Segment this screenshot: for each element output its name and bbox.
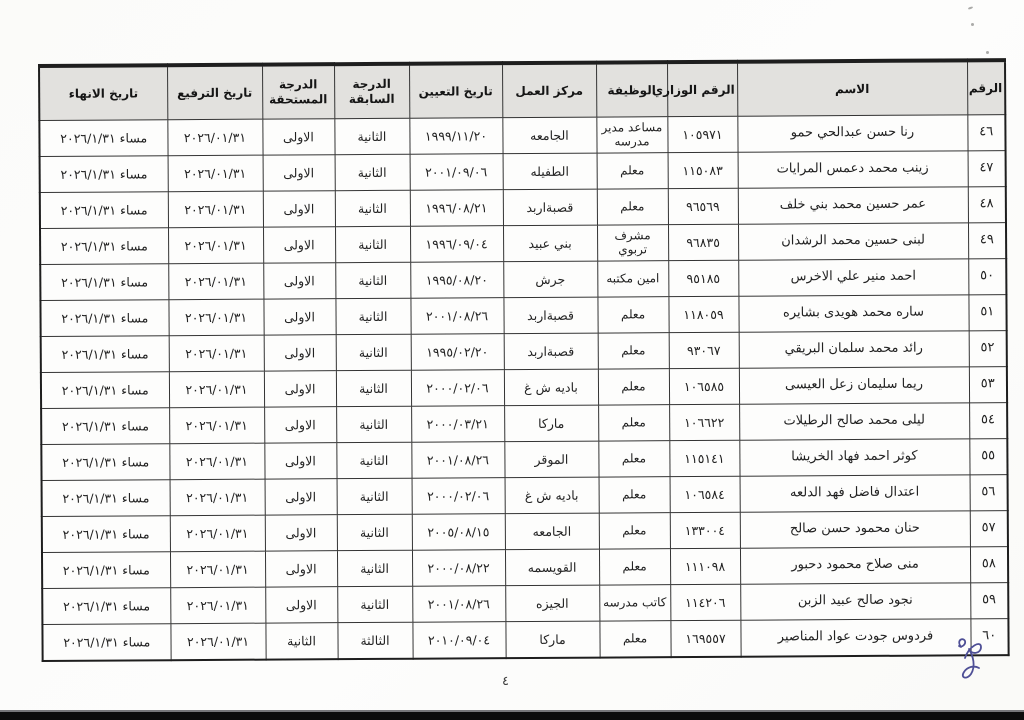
cell-promotion_date: ٢٠٢٦/٠١/٣١ <box>169 335 264 372</box>
cell-ministry_no: ١١٥١٤١ <box>669 440 739 476</box>
column-header-due_grade: الدرجة المستحقة <box>262 64 334 119</box>
cell-hire_date: ٢٠٠٥/٠٨/١٥ <box>412 514 505 551</box>
table-row: ٤٨عمر حسين محمد بني خلف٩٦٥٦٩معلمقصبةاربد… <box>40 187 1006 229</box>
cell-end_date: مساء ٢٠٢٦/١/٣١ <box>40 300 168 337</box>
signature-scribble <box>952 636 994 682</box>
cell-name: اعتدال فاضل فهد الدلعه <box>740 475 970 512</box>
cell-promotion_date: ٢٠٢٦/٠١/٣١ <box>168 299 263 336</box>
table-row: ٥٨منى صلاح محمود دحبور١١١٠٩٨معلمالقويسمه… <box>42 547 1008 589</box>
cell-ministry_no: ٩٦٨٣٥ <box>668 224 738 260</box>
cell-ministry_no: ٩٦٥٦٩ <box>668 188 738 224</box>
cell-prev_grade: الثانية <box>335 298 410 334</box>
cell-work_center: ماركا <box>504 405 598 442</box>
cell-promotion_date: ٢٠٢٦/٠١/٣١ <box>169 371 264 408</box>
cell-end_date: مساء ٢٠٢٦/١/٣١ <box>42 516 170 553</box>
cell-no: ٥٨ <box>970 547 1008 583</box>
cell-end_date: مساء ٢٠٢٦/١/٣١ <box>40 264 168 301</box>
cell-end_date: مساء ٢٠٢٦/١/٣١ <box>42 480 170 517</box>
table-row: ٥٣ريما سليمان زعل العيسى١٠٦٥٨٥معلمباديه … <box>41 367 1007 409</box>
cell-hire_date: ١٩٩٦/٠٩/٠٤ <box>410 226 503 263</box>
column-header-prev_grade: الدرجة السابقة <box>334 64 409 119</box>
cell-ministry_no: ١٣٣٠٠٤ <box>670 512 740 548</box>
cell-end_date: مساء ٢٠٢٦/١/٣١ <box>41 372 169 409</box>
table-row: ٥٦اعتدال فاضل فهد الدلعه١٠٦٥٨٤معلمباديه … <box>42 475 1008 517</box>
cell-no: ٥٧ <box>970 511 1008 547</box>
cell-work_center: باديه ش غ <box>505 477 599 514</box>
cell-work_center: باديه ش غ <box>504 369 598 406</box>
cell-name: فردوس جودت عواد المناصير <box>740 619 970 657</box>
table-row: ٥٠احمد منير علي الاخرس٩٥١٨٥امين مكتبهجرش… <box>40 259 1006 301</box>
cell-due_grade: الاولى <box>262 119 334 155</box>
cell-job: معلم <box>597 297 668 333</box>
cell-ministry_no: ١١٥٠٨٣ <box>668 152 738 188</box>
cell-name: ليلى محمد صالح الرطيلات <box>739 403 969 440</box>
cell-job: كاتب مدرسه <box>599 585 670 621</box>
cell-prev_grade: الثانية <box>337 514 412 550</box>
cell-due_grade: الثانية <box>265 623 337 660</box>
cell-ministry_no: ١٠٦٦٢٢ <box>669 404 739 440</box>
cell-due_grade: الاولى <box>264 335 336 371</box>
cell-job: معلم <box>598 441 669 477</box>
scan-speckle <box>971 23 974 26</box>
cell-end_date: مساء ٢٠٢٦/١/٣١ <box>42 624 170 661</box>
promotions-table: الرقمالاسمالرقم الوزاريالوظيفةمركز العمل… <box>38 58 1010 662</box>
cell-job: مساعد مدير مدرسه <box>596 117 667 153</box>
cell-hire_date: ٢٠١٠/٠٩/٠٤ <box>412 622 505 659</box>
cell-prev_grade: الثانية <box>337 478 412 514</box>
table-row: ٥٤ليلى محمد صالح الرطيلات١٠٦٦٢٢معلمماركا… <box>41 403 1007 445</box>
cell-hire_date: ٢٠٠١/٠٩/٠٦ <box>410 154 503 191</box>
table-row: ٤٦رنا حسن عبدالحي حمو١٠٥٩٧١مساعد مدير مد… <box>39 115 1005 157</box>
scan-speckle <box>968 6 973 10</box>
cell-end_date: مساء ٢٠٢٦/١/٣١ <box>41 444 169 481</box>
cell-end_date: مساء ٢٠٢٦/١/٣١ <box>40 228 168 265</box>
cell-ministry_no: ١٠٦٥٨٥ <box>669 368 739 404</box>
cell-due_grade: الاولى <box>263 227 335 263</box>
cell-end_date: مساء ٢٠٢٦/١/٣١ <box>42 588 170 625</box>
cell-prev_grade: الثانية <box>334 118 409 154</box>
column-header-name: الاسم <box>737 60 967 116</box>
column-header-promotion_date: تاريخ الترفيع <box>167 65 262 120</box>
cell-hire_date: ٢٠٠١/٠٨/٢٦ <box>411 442 504 479</box>
cell-no: ٥٠ <box>968 259 1006 295</box>
cell-name: احمد منير علي الاخرس <box>738 259 968 296</box>
cell-ministry_no: ١١١٠٩٨ <box>670 548 740 584</box>
cell-prev_grade: الثالثة <box>337 622 412 659</box>
cell-promotion_date: ٢٠٢٦/٠١/٣١ <box>167 119 262 156</box>
cell-hire_date: ٢٠٠١/٠٨/٢٦ <box>412 586 505 623</box>
cell-work_center: قصبةاربد <box>503 297 597 334</box>
cell-hire_date: ٢٠٠٠/٠٢/٠٦ <box>412 478 505 515</box>
cell-due_grade: الاولى <box>264 443 336 479</box>
cell-end_date: مساء ٢٠٢٦/١/٣١ <box>40 192 168 229</box>
cell-job: معلم <box>599 477 670 513</box>
cell-work_center: قصبةاربد <box>503 189 597 226</box>
cell-due_grade: الاولى <box>265 551 337 587</box>
cell-end_date: مساء ٢٠٢٦/١/٣١ <box>40 156 168 193</box>
cell-prev_grade: الثانية <box>336 442 411 478</box>
cell-name: عمر حسين محمد بني خلف <box>738 187 968 224</box>
cell-job: معلم <box>598 405 669 441</box>
table-row: ٤٧زينب محمد دعمس المرايات١١٥٠٨٣معلمالطفي… <box>40 151 1006 193</box>
cell-ministry_no: ١٦٩٥٥٧ <box>670 620 740 657</box>
cell-prev_grade: الثانية <box>336 334 411 370</box>
scan-speckle <box>986 51 989 54</box>
cell-no: ٤٨ <box>968 187 1006 223</box>
table-row: ٥٥كوثر احمد فهاد الخريشا١١٥١٤١معلمالموقر… <box>41 439 1007 481</box>
cell-prev_grade: الثانية <box>335 154 410 190</box>
cell-name: رائد محمد سلمان البريقي <box>739 331 969 368</box>
cell-due_grade: الاولى <box>263 191 335 227</box>
cell-ministry_no: ١٠٦٥٨٤ <box>670 476 740 512</box>
table-wrapper: الرقمالاسمالرقم الوزاريالوظيفةمركز العمل… <box>38 58 1010 662</box>
column-header-hire_date: تاريخ التعيين <box>409 63 502 118</box>
cell-due_grade: الاولى <box>263 155 335 191</box>
cell-no: ٥٤ <box>969 403 1007 439</box>
cell-work_center: الجامعه <box>502 117 596 154</box>
cell-hire_date: ٢٠٠٠/٠٢/٠٦ <box>411 370 504 407</box>
cell-hire_date: ١٩٩٩/١١/٢٠ <box>409 118 502 155</box>
cell-name: ساره محمد هويدى بشايره <box>738 295 968 332</box>
cell-hire_date: ١٩٩٥/٠٨/٢٠ <box>410 262 503 299</box>
cell-no: ٥٢ <box>969 331 1007 367</box>
cell-no: ٤٧ <box>968 151 1006 187</box>
cell-name: ريما سليمان زعل العيسى <box>739 367 969 404</box>
cell-hire_date: ٢٠٠١/٠٨/٢٦ <box>410 298 503 335</box>
cell-ministry_no: ١١٨٠٥٩ <box>668 296 738 332</box>
cell-hire_date: ٢٠٠٠/٠٣/٢١ <box>411 406 504 443</box>
table-row: ٥٧حنان محمود حسن صالح١٣٣٠٠٤معلمالجامعه٢٠… <box>42 511 1008 553</box>
cell-ministry_no: ٩٥١٨٥ <box>668 260 738 296</box>
cell-due_grade: الاولى <box>264 371 336 407</box>
cell-work_center: الجامعه <box>505 513 599 550</box>
cell-prev_grade: الثانية <box>336 406 411 442</box>
cell-no: ٥٣ <box>969 367 1007 403</box>
cell-no: ٥٩ <box>970 583 1008 619</box>
cell-name: حنان محمود حسن صالح <box>740 511 970 548</box>
cell-hire_date: ١٩٩٦/٠٨/٢١ <box>410 190 503 227</box>
cell-promotion_date: ٢٠٢٦/٠١/٣١ <box>170 551 265 588</box>
cell-promotion_date: ٢٠٢٦/٠١/٣١ <box>170 479 265 516</box>
table-row: ٥٢رائد محمد سلمان البريقي٩٣٠٦٧معلمقصبةار… <box>41 331 1007 373</box>
cell-due_grade: الاولى <box>265 515 337 551</box>
cell-due_grade: الاولى <box>264 407 336 443</box>
cell-job: معلم <box>597 153 668 189</box>
cell-hire_date: ١٩٩٥/٠٢/٢٠ <box>411 334 504 371</box>
cell-due_grade: الاولى <box>263 299 335 335</box>
column-header-no: الرقم <box>967 60 1005 115</box>
cell-promotion_date: ٢٠٢٦/٠١/٣١ <box>170 515 265 552</box>
cell-promotion_date: ٢٠٢٦/٠١/٣١ <box>168 227 263 264</box>
cell-job: معلم <box>599 549 670 585</box>
cell-job: معلم <box>598 333 669 369</box>
cell-name: لبنى حسين محمد الرشدان <box>738 223 968 260</box>
cell-name: منى صلاح محمود دحبور <box>740 547 970 584</box>
cell-promotion_date: ٢٠٢٦/٠١/٣١ <box>169 443 264 480</box>
cell-promotion_date: ٢٠٢٦/٠١/٣١ <box>168 191 263 228</box>
cell-ministry_no: ٩٣٠٦٧ <box>669 332 739 368</box>
table-row: ٦٠فردوس جودت عواد المناصير١٦٩٥٥٧معلممارك… <box>42 619 1008 661</box>
cell-prev_grade: الثانية <box>335 262 410 298</box>
cell-hire_date: ٢٠٠٠/٠٨/٢٢ <box>412 550 505 587</box>
cell-work_center: قصبةاربد <box>504 333 598 370</box>
cell-no: ٥٥ <box>969 439 1007 475</box>
cell-no: ٥٦ <box>970 475 1008 511</box>
table-row: ٥٩نجود صالح عبيد الزبن١١٤٢٠٦كاتب مدرسهال… <box>42 583 1008 625</box>
cell-due_grade: الاولى <box>265 479 337 515</box>
column-header-end_date: تاريخ الانهاء <box>39 65 167 120</box>
cell-name: زينب محمد دعمس المرايات <box>738 151 968 188</box>
cell-job: معلم <box>597 189 668 225</box>
cell-job: معلم <box>599 621 670 658</box>
cell-end_date: مساء ٢٠٢٦/١/٣١ <box>41 336 169 373</box>
cell-name: رنا حسن عبدالحي حمو <box>737 115 967 152</box>
cell-promotion_date: ٢٠٢٦/٠١/٣١ <box>169 407 264 444</box>
cell-no: ٤٦ <box>967 115 1005 151</box>
scanned-document-page: الرقمالاسمالرقم الوزاريالوظيفةمركز العمل… <box>0 0 1024 720</box>
cell-end_date: مساء ٢٠٢٦/١/٣١ <box>41 408 169 445</box>
cell-end_date: مساء ٢٠٢٦/١/٣١ <box>39 120 167 157</box>
cell-promotion_date: ٢٠٢٦/٠١/٣١ <box>170 623 265 660</box>
table-row: ٥١ساره محمد هويدى بشايره١١٨٠٥٩معلمقصبةار… <box>40 295 1006 337</box>
cell-work_center: الطفيله <box>503 153 597 190</box>
cell-name: نجود صالح عبيد الزبن <box>740 583 970 620</box>
cell-work_center: جرش <box>503 261 597 298</box>
cell-prev_grade: الثانية <box>335 226 410 262</box>
cell-job: مشرف تربوي <box>597 225 668 261</box>
table-header-row: الرقمالاسمالرقم الوزاريالوظيفةمركز العمل… <box>39 60 1005 120</box>
cell-job: معلم <box>598 369 669 405</box>
cell-work_center: ماركا <box>505 621 599 658</box>
scan-edge-bar <box>0 710 1024 720</box>
cell-prev_grade: الثانية <box>337 586 412 622</box>
cell-ministry_no: ١١٤٢٠٦ <box>670 584 740 620</box>
cell-promotion_date: ٢٠٢٦/٠١/٣١ <box>168 263 263 300</box>
cell-due_grade: الاولى <box>263 263 335 299</box>
cell-work_center: الموقر <box>504 441 598 478</box>
cell-promotion_date: ٢٠٢٦/٠١/٣١ <box>170 587 265 624</box>
cell-promotion_date: ٢٠٢٦/٠١/٣١ <box>168 155 263 192</box>
cell-work_center: الجيزه <box>505 585 599 622</box>
cell-work_center: بني عبيد <box>503 225 597 262</box>
cell-due_grade: الاولى <box>265 587 337 623</box>
cell-job: امين مكتبه <box>597 261 668 297</box>
cell-prev_grade: الثانية <box>336 370 411 406</box>
cell-name: كوثر احمد فهاد الخريشا <box>739 439 969 476</box>
cell-no: ٤٩ <box>968 223 1006 259</box>
cell-prev_grade: الثانية <box>335 190 410 226</box>
cell-no: ٥١ <box>968 295 1006 331</box>
page-number: ٤ <box>502 674 509 689</box>
cell-prev_grade: الثانية <box>337 550 412 586</box>
cell-job: معلم <box>599 513 670 549</box>
cell-end_date: مساء ٢٠٢٦/١/٣١ <box>42 552 170 589</box>
cell-ministry_no: ١٠٥٩٧١ <box>667 116 737 152</box>
table-row: ٤٩لبنى حسين محمد الرشدان٩٦٨٣٥مشرف تربويب… <box>40 223 1006 265</box>
column-header-ministry_no: الرقم الوزاري <box>667 62 737 117</box>
cell-work_center: القويسمه <box>505 549 599 586</box>
column-header-work_center: مركز العمل <box>502 63 596 118</box>
